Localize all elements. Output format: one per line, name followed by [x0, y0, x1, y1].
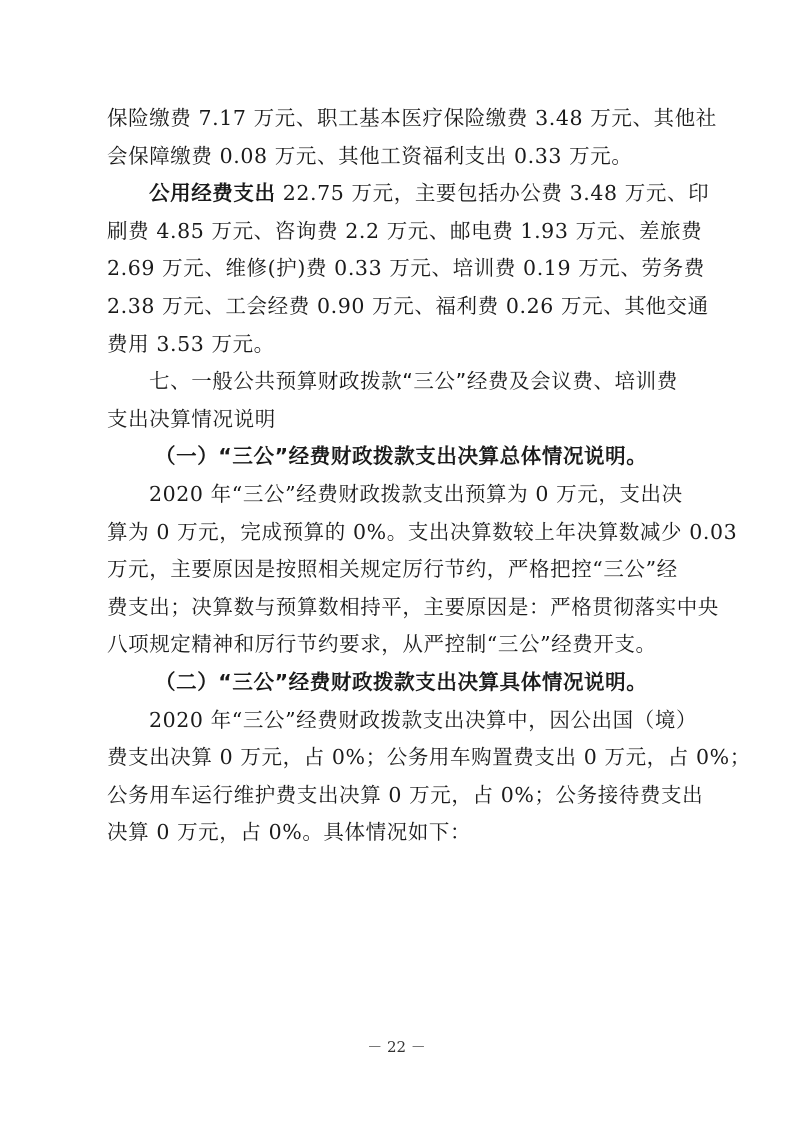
text-line: 公务用车运行维护费支出决算 0 万元，占 0%；公务接待费支出 — [107, 777, 693, 815]
text-line: 八项规定精神和厉行节约要求，从严控制“三公”经费开支。 — [107, 626, 693, 664]
section-heading: 七、一般公共预算财政拨款“三公”经费及会议费、培训费 — [107, 363, 693, 401]
section-heading: 支出决算情况说明 — [107, 401, 693, 439]
text-line: 公用经费支出 22.75 万元，主要包括办公费 3.48 万元、印 — [107, 175, 693, 213]
text-line: 费支出；决算数与预算数相持平，主要原因是：严格贯彻落实中央 — [107, 589, 693, 627]
subheading: （一）“三公”经费财政拨款支出决算总体情况说明。 — [107, 438, 693, 476]
text-line: 2020 年“三公”经费财政拨款支出预算为 0 万元，支出决 — [107, 476, 693, 514]
text-line: 万元，主要原因是按照相关规定厉行节约，严格把控“三公”经 — [107, 551, 693, 589]
text-line: 决算 0 万元，占 0%。具体情况如下： — [107, 814, 693, 852]
text-line: 费支出决算 0 万元，占 0%；公务用车购置费支出 0 万元，占 0%； — [107, 739, 693, 777]
text-line: 算为 0 万元，完成预算的 0%。支出决算数较上年决算数减少 0.03 — [107, 514, 693, 552]
text-line: 会保障缴费 0.08 万元、其他工资福利支出 0.33 万元。 — [107, 138, 693, 176]
text-line: 2.38 万元、工会经费 0.90 万元、福利费 0.26 万元、其他交通 — [107, 288, 693, 326]
text-span: 22.75 万元，主要包括办公费 3.48 万元、印 — [276, 181, 710, 205]
subheading: （二）“三公”经费财政拨款支出决算具体情况说明。 — [107, 664, 693, 702]
document-page: 保险缴费 7.17 万元、职工基本医疗保险缴费 3.48 万元、其他社 会保障缴… — [107, 100, 693, 852]
text-line: 2020 年“三公”经费财政拨款支出决算中，因公出国（境） — [107, 702, 693, 740]
text-line: 保险缴费 7.17 万元、职工基本医疗保险缴费 3.48 万元、其他社 — [107, 100, 693, 138]
text-line: 2.69 万元、维修(护)费 0.33 万元、培训费 0.19 万元、劳务费 — [107, 250, 693, 288]
bold-lead-text: 公用经费支出 — [149, 181, 276, 205]
text-line: 刷费 4.85 万元、咨询费 2.2 万元、邮电费 1.93 万元、差旅费 — [107, 213, 693, 251]
text-line: 费用 3.53 万元。 — [107, 326, 693, 364]
page-number: － 22 － — [0, 1036, 793, 1057]
